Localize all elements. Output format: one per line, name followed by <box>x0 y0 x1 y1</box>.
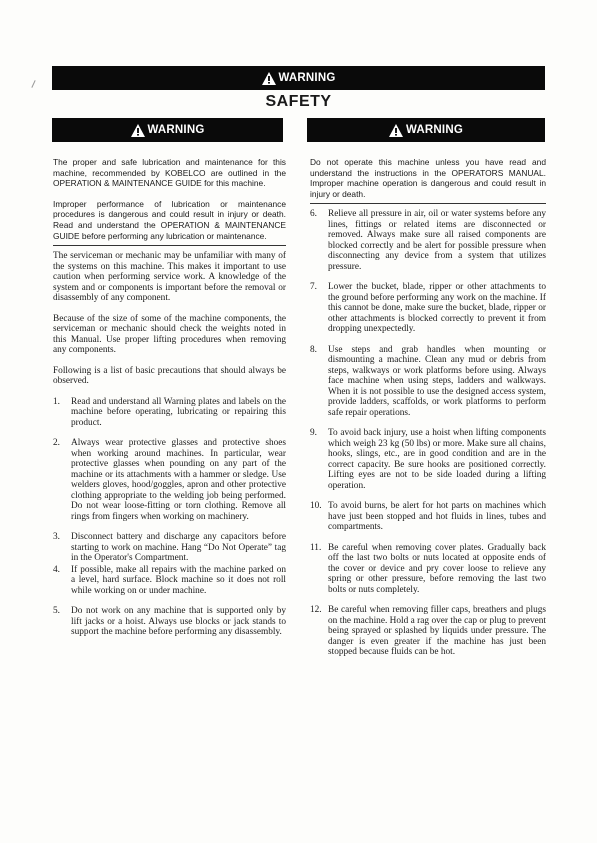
body-paragraph: Because of the size of some of the machi… <box>53 314 286 356</box>
item-text: Read and understand all Warning plates a… <box>71 397 286 429</box>
intro-paragraph: Do not operate this machine unless you h… <box>310 157 546 199</box>
item-number: 2. <box>53 438 71 522</box>
warning-label: WARNING <box>148 124 205 136</box>
item-text: To avoid back injury, use a hoist when l… <box>328 428 546 491</box>
right-warning-banner: WARNING <box>307 118 545 142</box>
left-warning-banner: WARNING <box>52 118 283 142</box>
scan-mark <box>31 80 35 88</box>
precaution-item: 10. To avoid burns, be alert for hot par… <box>310 501 546 533</box>
item-number: 11. <box>310 543 328 596</box>
item-text: If possible, make all repairs with the m… <box>71 565 286 597</box>
precaution-item: 5. Do not work on any machine that is su… <box>53 606 286 638</box>
item-number: 8. <box>310 345 328 419</box>
body-paragraph: The serviceman or mechanic may be unfami… <box>53 251 286 304</box>
item-text: Lower the bucket, blade, ripper or other… <box>328 282 546 335</box>
item-text: To avoid burns, be alert for hot parts o… <box>328 501 546 533</box>
precaution-item: 12. Be careful when removing filler caps… <box>310 605 546 658</box>
precaution-item: 3. Disconnect battery and discharge any … <box>53 532 286 564</box>
precaution-item: 6. Relieve all pressure in air, oil or w… <box>310 209 546 272</box>
warning-triangle-icon <box>389 124 403 137</box>
precaution-item: 11. Be careful when removing cover plate… <box>310 543 546 596</box>
page-title: SAFETY <box>0 93 597 111</box>
warning-label: WARNING <box>406 124 463 136</box>
divider <box>53 245 286 246</box>
item-number: 5. <box>53 606 71 638</box>
item-number: 12. <box>310 605 328 658</box>
right-column: Do not operate this machine unless you h… <box>310 157 546 668</box>
divider <box>310 203 546 204</box>
item-number: 6. <box>310 209 328 272</box>
item-text: Do not work on any machine that is suppo… <box>71 606 286 638</box>
precaution-item: 4. If possible, make all repairs with th… <box>53 565 286 597</box>
precaution-item: 1. Read and understand all Warning plate… <box>53 397 286 429</box>
item-number: 1. <box>53 397 71 429</box>
item-number: 3. <box>53 532 71 564</box>
item-number: 9. <box>310 428 328 491</box>
warning-triangle-icon <box>131 124 145 137</box>
item-text: Disconnect battery and discharge any cap… <box>71 532 286 564</box>
body-paragraph: Following is a list of basic precautions… <box>53 366 286 387</box>
precaution-item: 8. Use steps and grab handles when mount… <box>310 345 546 419</box>
warning-label: WARNING <box>279 72 336 84</box>
top-warning-banner: WARNING <box>52 66 545 90</box>
item-number: 10. <box>310 501 328 533</box>
item-number: 7. <box>310 282 328 335</box>
item-text: Be careful when removing filler caps, br… <box>328 605 546 658</box>
warning-triangle-icon <box>262 72 276 85</box>
item-number: 4. <box>53 565 71 597</box>
item-text: Use steps and grab handles when mounting… <box>328 345 546 419</box>
item-text: Always wear protective glasses and prote… <box>71 438 286 522</box>
left-column: The proper and safe lubrication and main… <box>53 157 286 648</box>
item-text: Relieve all pressure in air, oil or wate… <box>328 209 546 272</box>
precaution-item: 2. Always wear protective glasses and pr… <box>53 438 286 522</box>
precaution-item: 9. To avoid back injury, use a hoist whe… <box>310 428 546 491</box>
intro-paragraph: The proper and safe lubrication and main… <box>53 157 286 189</box>
precaution-item: 7. Lower the bucket, blade, ripper or ot… <box>310 282 546 335</box>
item-text: Be careful when removing cover plates. G… <box>328 543 546 596</box>
intro-paragraph: Improper performance of lubrication or m… <box>53 199 286 241</box>
